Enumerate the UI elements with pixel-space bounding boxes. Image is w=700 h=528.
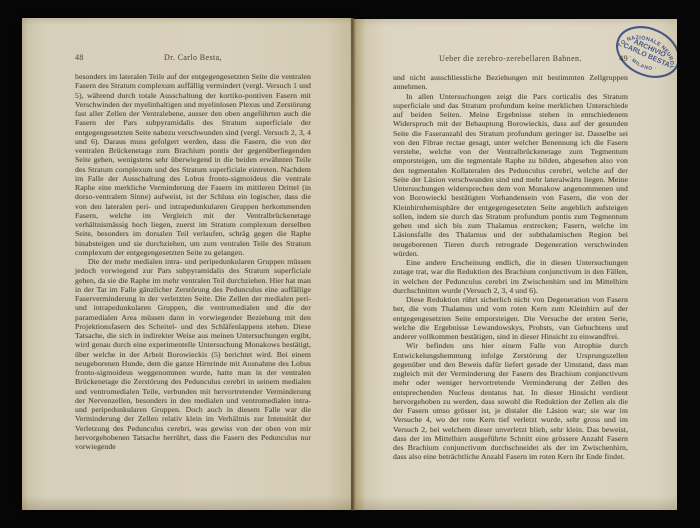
paragraph: Eine andere Erscheinung endlich, die in … — [393, 258, 628, 295]
right-body-text: und nicht ausschliessliche Beziehungen m… — [393, 73, 628, 462]
paragraph: Wir befinden uns hier einem Falle von At… — [393, 341, 628, 461]
left-page-number: 48 — [75, 53, 84, 62]
paragraph: Die der mehr medialen intra- und periped… — [75, 257, 311, 451]
paragraph: Diese Reduktion rührt sicherlich nicht v… — [393, 295, 628, 341]
right-text-column: Ueber die zerebro-zerebellaren Bahnen. 4… — [393, 54, 628, 462]
paragraph: besonders im lateralen Teile auf der ent… — [75, 72, 311, 257]
left-running-header: 48 Dr. Carlo Besta, — [75, 53, 311, 65]
left-header-title: Dr. Carlo Besta, — [75, 53, 311, 62]
paragraph: und nicht ausschliessliche Beziehungen m… — [393, 73, 628, 92]
left-text-column: 48 Dr. Carlo Besta, besonders im lateral… — [75, 53, 311, 451]
right-header-title: Ueber die zerebro-zerebellaren Bahnen. — [393, 54, 628, 63]
stamp-ring-text-top: ISTITUTO NAZIONALE NEUROLOGICO — [611, 13, 689, 71]
right-page: Ueber die zerebro-zerebellaren Bahnen. 4… — [353, 19, 677, 510]
left-body-text: besonders im lateralen Teile auf der ent… — [75, 72, 311, 451]
paragraph: In allen Untersuchungen zeigt die Pars c… — [393, 92, 628, 259]
right-running-header: Ueber die zerebro-zerebellaren Bahnen. 4… — [393, 54, 628, 66]
book-scan: 48 Dr. Carlo Besta, besonders im lateral… — [0, 0, 700, 528]
left-page: 48 Dr. Carlo Besta, besonders im lateral… — [22, 18, 353, 510]
